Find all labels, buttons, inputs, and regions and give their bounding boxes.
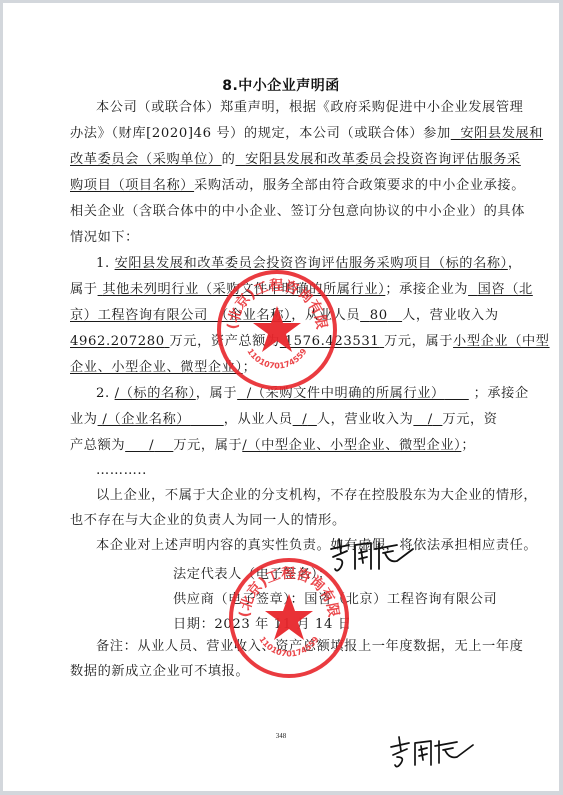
note-line-1: 备注：从业人员、营业收入、资产总额填报上一年度数据，无上一年度 — [96, 639, 515, 655]
document-page: 8.中小企业声明函 本公司（或联合体）郑重声明，根据《政府采购促进中小企业发展管… — [3, 3, 559, 791]
supplier-name: 国咨（北京）工程咨询有限公司 — [304, 592, 497, 607]
item1-line-5: 企业、小型企业、微型企业）； — [70, 360, 515, 376]
intro-line-2: 办法》（财库[2020]46 号）的规定，本公司（或联合体）参加 安阳县发展和 — [70, 126, 515, 142]
intro-line-6: 情况如下： — [70, 230, 515, 246]
supplier-label: 供应商（电子签章）： — [173, 592, 304, 607]
intro-text: 情况如下： — [70, 230, 139, 245]
purchaser-name-cont: 改革委员会（采购单位） — [70, 152, 222, 167]
date-value: 2023 年 11 月 14 日 — [214, 617, 351, 632]
item2-size: /（中型企业、小型企业、微型企业） — [242, 438, 461, 453]
ellipsis: ……….. — [96, 463, 515, 479]
intro-text: 相关企业（含联合体中的中小企业、签订分包意向协议的中小企业）的具体 — [70, 204, 525, 219]
intro-text: 的 — [222, 152, 236, 167]
project-name: 安阳县发展和改革委员会投资咨询评估服务采 — [235, 152, 520, 167]
item1-assets: 1576.423531 — [280, 334, 384, 349]
date-label: 日期： — [173, 617, 214, 632]
declaration-line-1: 以上企业，不属于大企业的分支机构，不存在控股股东为大企业的情形， — [96, 488, 515, 504]
item1-company: 国咨（北 — [468, 282, 533, 297]
intro-text: 办法》（财库[2020]46 号）的规定，本公司（或联合体）参加 — [70, 126, 451, 141]
item2-assets: / — [125, 438, 173, 453]
intro-line-5: 相关企业（含联合体中的中小企业、签订分包意向协议的中小企业）的具体 — [70, 204, 515, 220]
item-number: 2. — [96, 386, 110, 401]
item1-size: 小型企业（中型 — [453, 334, 550, 349]
intro-line-1: 本公司（或联合体）郑重声明，根据《政府采购促进中小企业发展管理 — [96, 100, 515, 116]
item1-subject: 安阳县发展和改革委员会投资咨询评估服务采购项目（标的名称） — [115, 256, 508, 271]
purchaser-name: 安阳县发展和 — [451, 126, 543, 141]
item-number: 1. — [96, 256, 110, 271]
item1-line-3: 京）工程咨询有限公司 （企业名称），从业人员 80 人，营业收入为 — [70, 308, 515, 324]
intro-line-4: 购项目（项目名称）采购活动，服务全部由符合政策要求的中小企业承接。 — [70, 178, 515, 194]
item2-employees: / — [293, 412, 317, 427]
project-name-cont: 购项目（项目名称） — [70, 178, 194, 193]
item1-size-cont: 企业、小型企业、微型企业） — [70, 360, 243, 375]
page-title: 8.中小企业声明函 — [3, 75, 559, 95]
item2-industry: /（采购文件中明确的所属行业） — [237, 386, 469, 401]
intro-text: 采购活动，服务全部由符合政策要求的中小企业承接。 — [194, 178, 525, 193]
supplier-line: 供应商（电子签章）：国咨（北京）工程咨询有限公司 — [173, 588, 497, 607]
declaration-line-2: 也不存在与大企业的负责人为同一人的情形。 — [70, 513, 515, 529]
item1-revenue: 4962.207280 — [70, 334, 170, 349]
item1-line-1: 1. 安阳县发展和改革委员会投资咨询评估服务采购项目（标的名称）， — [96, 256, 515, 272]
item1-company-cont: 京）工程咨询有限公司 （企业名称） — [70, 308, 291, 323]
item2-revenue: / — [413, 412, 442, 427]
date-line: 日期：2023 年 11 月 14 日 — [173, 613, 352, 632]
item1-employees: 80 — [360, 308, 402, 323]
note-line-2: 数据的新成立企业可不填报。 — [70, 664, 515, 680]
legal-representative-label: 法定代表人（电子签名）： — [173, 563, 332, 582]
item1-line-2: 属于 其他未列明行业（采购文件中明确的所属行业）；承接企业为 国咨（北 — [70, 282, 515, 298]
item1-line-4: 4962.207280 万元，资产总额为 1576.423531 万元，属于小型… — [70, 334, 515, 350]
item2-subject: /（标的名称） — [115, 386, 196, 401]
intro-line-3: 改革委员会（采购单位）的 安阳县发展和改革委员会投资咨询评估服务采 — [70, 152, 515, 168]
page-number: 348 — [3, 732, 559, 740]
item2-company: /（企业名称） — [98, 412, 224, 427]
item2-line-3: 产总额为 / 万元，属于/（中型企业、小型企业、微型企业）； — [70, 438, 515, 454]
item1-industry: 其他未列明行业（采购文件中明确的所属行业） — [98, 282, 386, 297]
responsibility-statement: 本企业对上述声明内容的真实性负责。如有虚假，将依法承担相应责任。 — [96, 538, 515, 554]
item2-line-2: 业为 /（企业名称） ，从业人员 / 人，营业收入为 / 万元，资 — [70, 412, 515, 428]
intro-text: 本公司（或联合体）郑重声明，根据《政府采购促进中小企业发展管理 — [96, 100, 523, 115]
item2-line-1: 2. /（标的名称），属于 /（采购文件中明确的所属行业） ；承接企 — [96, 386, 515, 402]
